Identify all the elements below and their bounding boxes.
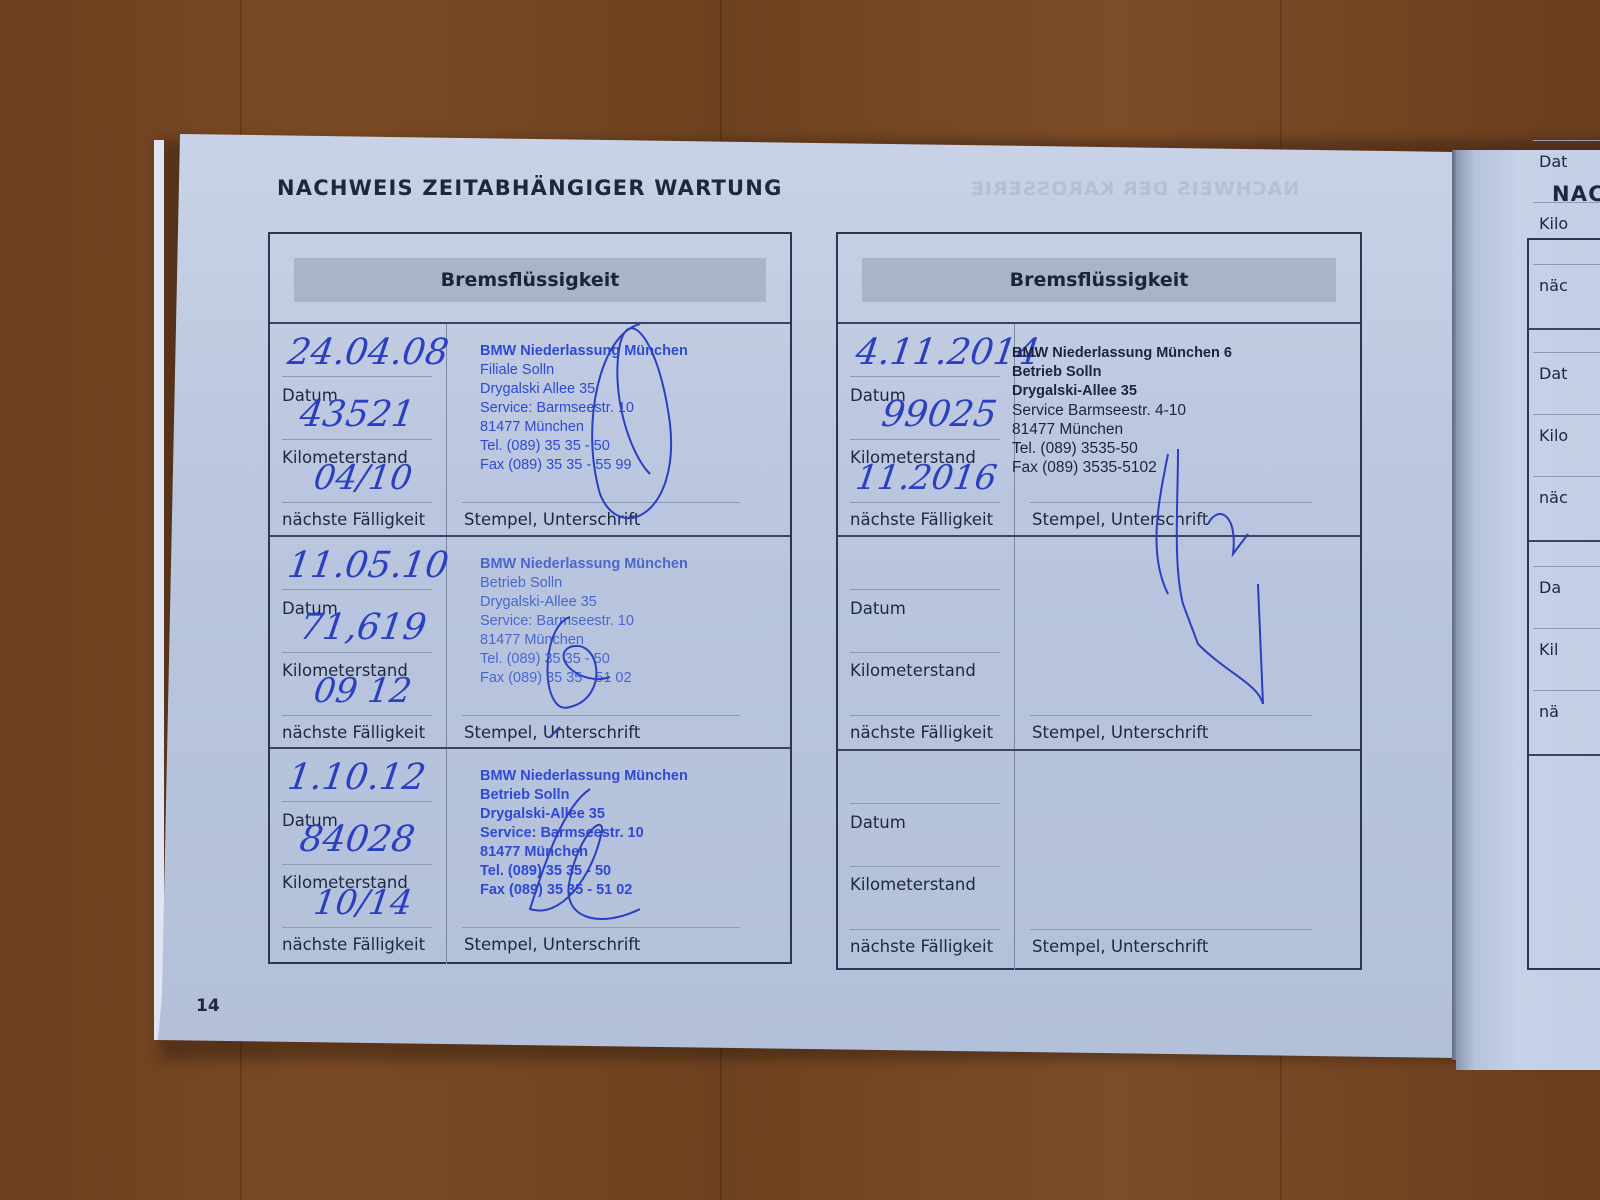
- handwritten-mileage: 84028: [297, 819, 417, 860]
- stamp-line: Drygalski-Allee 35: [480, 593, 688, 612]
- panel-header: Bremsflüssigkeit: [862, 258, 1336, 302]
- handwritten-mileage: 99025: [879, 394, 999, 435]
- handwritten-mileage: 43521: [297, 394, 417, 435]
- maintenance-panel-brake-fluid-1: Bremsflüssigkeit DatumKilometerstandnäch…: [268, 232, 792, 964]
- service-entry: DatumKilometerstandnächste FälligkeitSte…: [270, 324, 790, 537]
- dealer-stamp: BMW Niederlassung MünchenBetrieb SollnDr…: [480, 767, 688, 900]
- handwritten-date: 24.04.08: [285, 332, 451, 373]
- stamp-line: Tel. (089) 35 35 - 50: [480, 437, 688, 456]
- date-label: Datum: [850, 599, 906, 618]
- stamp-line: 81477 München: [1012, 420, 1232, 439]
- stamp-signature-label: Stempel, Unterschrift: [464, 510, 640, 529]
- service-entry: DatumKilometerstandnächste FälligkeitSte…: [838, 324, 1360, 537]
- stamp-signature-label: Stempel, Unterschrift: [464, 723, 640, 742]
- stamp-signature-label: Stempel, Unterschrift: [1032, 937, 1208, 956]
- dealer-stamp: BMW Niederlassung MünchenFiliale SollnDr…: [480, 342, 688, 475]
- service-entry: DatumKilometerstandnächste FälligkeitSte…: [270, 537, 790, 749]
- next-due-label: nächste Fälligkeit: [282, 723, 425, 742]
- show-through-text: NACHWEIS DER KAROSSERIE: [970, 178, 1299, 200]
- stamp-line: Fax (089) 35 35 - 51 02: [480, 881, 688, 900]
- stamp-signature-label: Stempel, Unterschrift: [1032, 510, 1208, 529]
- right-page-form: DatKilonäcDatKilonäcDaKilnä: [1527, 238, 1600, 970]
- stamp-line: BMW Niederlassung München: [480, 555, 688, 574]
- maintenance-panel-brake-fluid-2: Bremsflüssigkeit DatumKilometerstandnäch…: [836, 232, 1362, 970]
- panel-header: Bremsflüssigkeit: [294, 258, 766, 302]
- date-label: Datum: [850, 813, 906, 832]
- stamp-line: Betrieb Solln: [1012, 363, 1232, 382]
- right-page-field-label: näc: [1539, 488, 1568, 507]
- stamp-line: Fax (089) 35 35 - 55 99: [480, 456, 688, 475]
- handwritten-next-due: 10/14: [311, 883, 415, 923]
- stamp-signature-label: Stempel, Unterschrift: [464, 935, 640, 954]
- stamp-line: Service Barmseestr. 4-10: [1012, 401, 1232, 420]
- stamp-line: Tel. (089) 35 35 - 50: [480, 650, 688, 669]
- stamp-line: Betrieb Solln: [480, 574, 688, 593]
- next-due-label: nächste Fälligkeit: [850, 510, 993, 529]
- right-page-field-label: Kil: [1539, 640, 1558, 659]
- handwritten-next-due: 11.2016: [853, 458, 999, 498]
- handwritten-next-due: 09 12: [311, 671, 414, 711]
- right-page-field-label: Dat: [1539, 152, 1567, 171]
- dealer-stamp: BMW Niederlassung MünchenBetrieb SollnDr…: [480, 555, 688, 688]
- next-due-label: nächste Fälligkeit: [850, 937, 993, 956]
- stamp-line: Tel. (089) 3535-50: [1012, 439, 1232, 458]
- stamp-line: Service: Barmseestr. 10: [480, 612, 688, 631]
- right-page-field-label: näc: [1539, 276, 1568, 295]
- stamp-line: Filiale Solln: [480, 361, 688, 380]
- dealer-stamp: BMW Niederlassung München 6Betrieb Solln…: [1012, 344, 1232, 477]
- stamp-line: 81477 München: [480, 631, 688, 650]
- stamp-line: Tel. (089) 35 35 - 50: [480, 862, 688, 881]
- handwritten-date: 1.10.12: [285, 757, 428, 798]
- right-page-field-label: Kilo: [1539, 214, 1568, 233]
- service-entry: DatumKilometerstandnächste FälligkeitSte…: [838, 751, 1360, 970]
- stamp-line: 81477 München: [480, 418, 688, 437]
- right-page-field-label: Da: [1539, 578, 1561, 597]
- next-due-label: nächste Fälligkeit: [282, 935, 425, 954]
- stamp-line: 81477 München: [480, 843, 688, 862]
- stamp-line: BMW Niederlassung München: [480, 767, 688, 786]
- right-page-field-label: Dat: [1539, 364, 1567, 383]
- next-due-label: nächste Fälligkeit: [282, 510, 425, 529]
- stamp-line: BMW Niederlassung München: [480, 342, 688, 361]
- handwritten-mileage: 71,619: [297, 607, 429, 648]
- page-number: 14: [196, 996, 220, 1016]
- service-entry: DatumKilometerstandnächste FälligkeitSte…: [270, 749, 790, 964]
- stamp-line: Fax (089) 35 35 - 51 02: [480, 669, 688, 688]
- mileage-label: Kilometerstand: [850, 875, 976, 894]
- stamp-line: Drygalski Allee 35: [480, 380, 688, 399]
- right-page-field-label: nä: [1539, 702, 1559, 721]
- handwritten-next-due: 04/10: [311, 458, 415, 498]
- mileage-label: Kilometerstand: [850, 661, 976, 680]
- handwritten-date: 11.05.10: [285, 545, 451, 586]
- stamp-line: Service: Barmseestr. 10: [480, 824, 688, 843]
- right-page-field-label: Kilo: [1539, 426, 1568, 445]
- stamp-line: BMW Niederlassung München 6: [1012, 344, 1232, 363]
- page-stack-edge: [154, 140, 164, 1040]
- stamp-signature-label: Stempel, Unterschrift: [1032, 723, 1208, 742]
- stamp-line: Drygalski-Allee 35: [1012, 382, 1232, 401]
- stamp-line: Betrieb Solln: [480, 786, 688, 805]
- stamp-line: Fax (089) 3535-5102: [1012, 458, 1232, 477]
- next-due-label: nächste Fälligkeit: [850, 723, 993, 742]
- service-entry: DatumKilometerstandnächste FälligkeitSte…: [838, 537, 1360, 751]
- stamp-line: Service: Barmseestr. 10: [480, 399, 688, 418]
- stamp-line: Drygalski-Allee 35: [480, 805, 688, 824]
- page-title: NACHWEIS ZEITABHÄNGIGER WARTUNG: [277, 176, 783, 200]
